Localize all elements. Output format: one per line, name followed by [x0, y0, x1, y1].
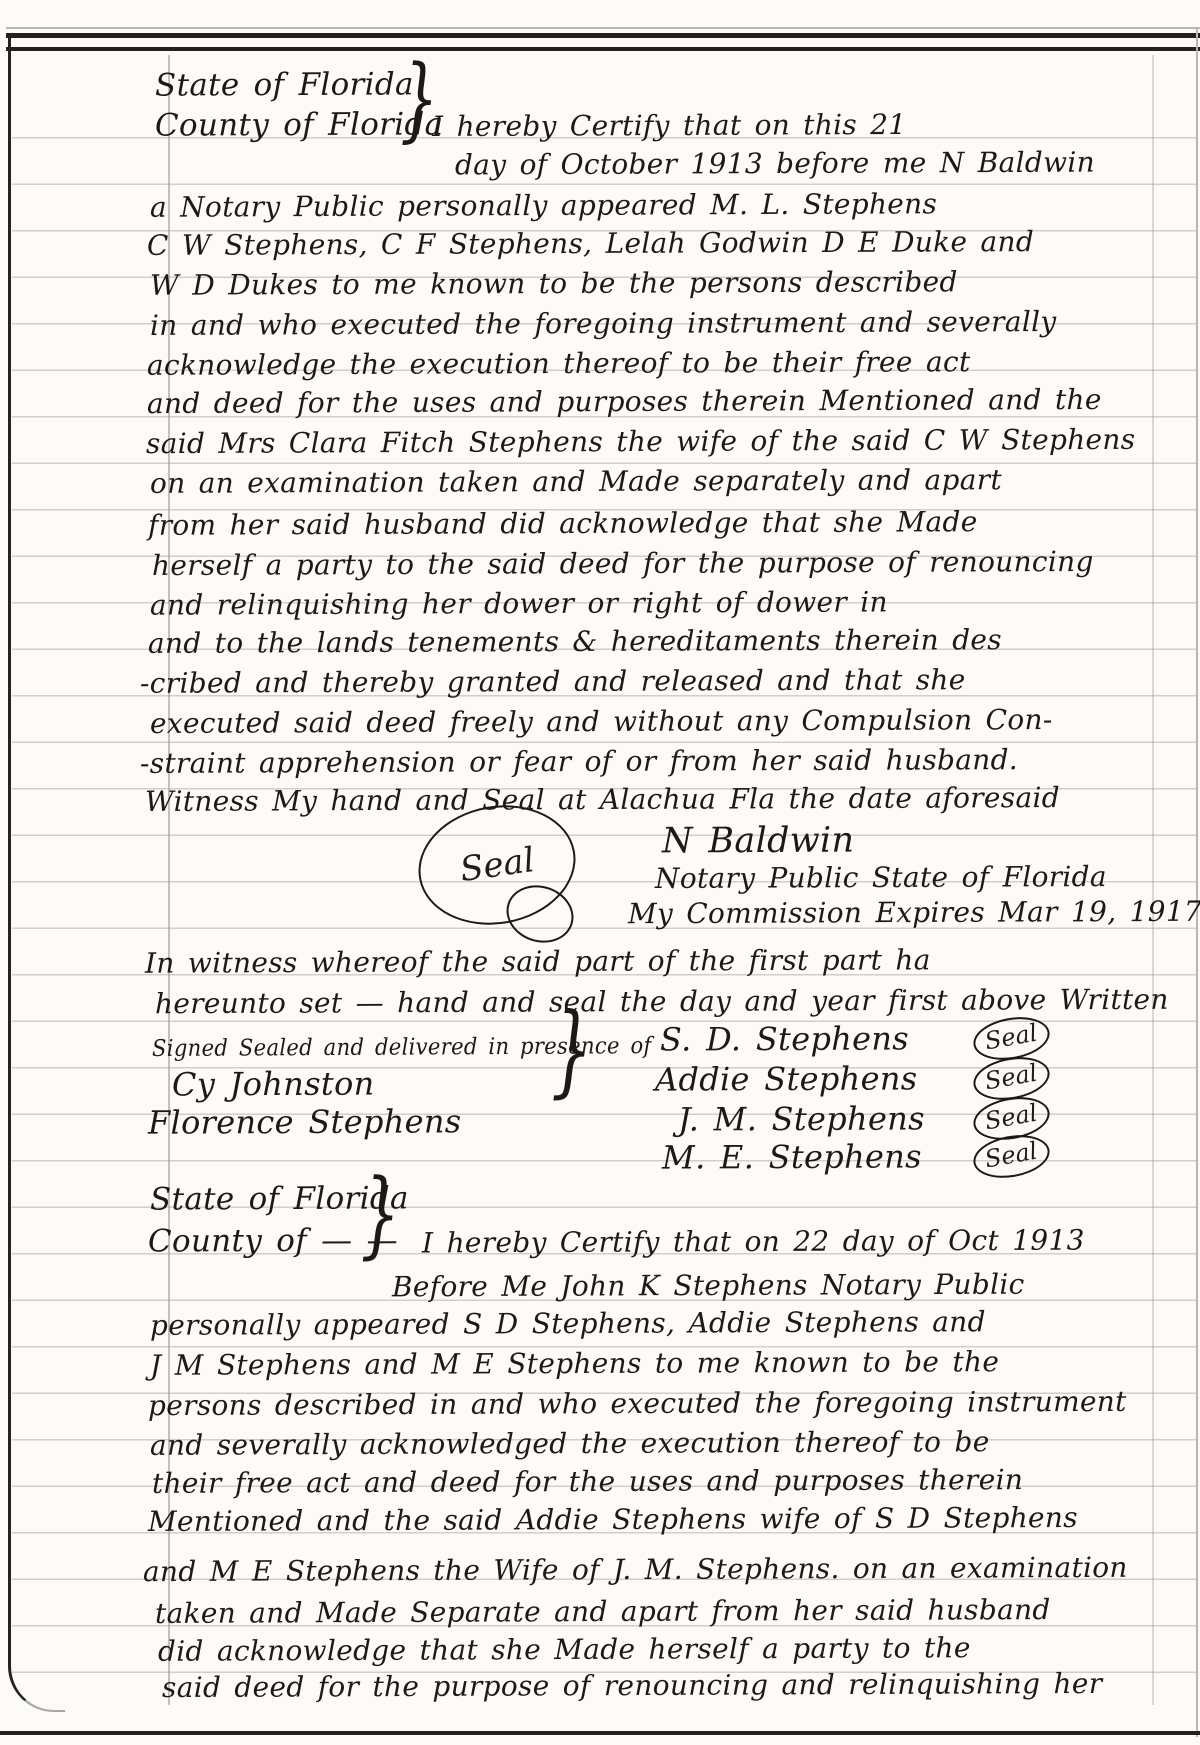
certificate2-line: personally appeared S D Stephens, Addie … [150, 1308, 986, 1340]
certificate1-line: executed said deed freely and without an… [150, 706, 1053, 738]
right-edge-line [1196, 27, 1198, 1737]
certificate2-line: did acknowledge that she Made herself a … [158, 1634, 971, 1666]
certificate2-line: and severally acknowledged the execution… [150, 1428, 990, 1460]
certificate1-line: from her said husband did acknowledge th… [148, 508, 978, 540]
certificate2-line: I hereby Certify that on 22 day of Oct 1… [422, 1227, 1085, 1258]
certificate1-line: Witness My hand and Seal at Alachua Fla … [145, 784, 1060, 816]
party-signature: Addie Stephens [655, 1062, 918, 1095]
left-edge-line [8, 33, 11, 1663]
certificate1-line: and to the lands tenements & hereditamen… [148, 626, 1002, 658]
certificate2-line: taken and Made Separate and apart from h… [155, 1596, 1051, 1628]
scanned-ledger-page: State of Florida County of Florida } I h… [0, 0, 1200, 1745]
certificate2-line: and M E Stephens the Wife of J. M. Steph… [143, 1554, 1128, 1586]
certificate1-line: said Mrs Clara Fitch Stephens the wife o… [146, 426, 1135, 458]
certificate1-line: a Notary Public personally appeared M. L… [150, 190, 937, 221]
brace-icon: } [551, 1005, 592, 1095]
page-corner-curve [8, 1652, 65, 1712]
brace-icon: } [361, 1172, 400, 1258]
signature-row: S. D. Stephens Seal [660, 1018, 1050, 1059]
certificate1-line: W D Dukes to me known to be the persons … [150, 268, 958, 300]
signature-row: M. E. Stephens Seal [662, 1136, 1050, 1177]
certificate1-state: State of Florida [155, 69, 414, 101]
certificate1-line: herself a party to the said deed for the… [152, 548, 1094, 580]
certificate1-line: on an examination taken and Made separat… [150, 466, 1002, 498]
seal-badge: Seal [970, 1130, 1053, 1184]
certificate2-line: Before Me John K Stephens Notary Public [392, 1271, 1025, 1302]
signature-row: Addie Stephens Seal [655, 1058, 1050, 1099]
certificate2-line: their free act and deed for the uses and… [152, 1466, 1023, 1498]
certificate1-line: acknowledge the execution thereof to be … [147, 348, 971, 380]
notary-seal-flourish: Seal [418, 806, 576, 924]
signature-row: J. M. Stephens Seal [678, 1098, 1050, 1139]
certificate1-line: I hereby Certify that on this 21 [432, 111, 907, 141]
witness-line: hereunto set — hand and seal the day and… [155, 986, 1169, 1018]
certificate1-line: and relinquishing her dower or right of … [150, 588, 888, 619]
witness-signature: Cy Johnston [172, 1068, 375, 1101]
certificate2-line: said deed for the purpose of renouncing … [162, 1670, 1102, 1702]
party-signature: S. D. Stephens [660, 1022, 909, 1055]
witness-line: In witness whereof the said part of the … [145, 946, 931, 977]
party-signature: J. M. Stephens [678, 1102, 925, 1135]
top-faint-rule [6, 27, 1200, 29]
certificate2-line: J M Stephens and M E Stephens to me know… [150, 1348, 999, 1380]
certificate1-line: -cribed and thereby granted and released… [140, 666, 966, 698]
top-double-rule-upper [6, 33, 1200, 38]
certificate1-line: -straint apprehension or fear of or from… [140, 746, 1018, 778]
notary-commission: My Commission Expires Mar 19, 1917 [628, 898, 1200, 929]
certificate2-line: Mentioned and the said Addie Stephens wi… [148, 1504, 1078, 1536]
certificate1-line: day of October 1913 before me N Baldwin [455, 149, 1095, 180]
notary-signature: N Baldwin [662, 824, 854, 860]
top-double-rule-lower [6, 47, 1200, 51]
party-signature: M. E. Stephens [662, 1140, 922, 1173]
certificate1-line: C W Stephens, C F Stephens, Lelah Godwin… [147, 228, 1034, 260]
right-margin-guide [1152, 55, 1154, 1705]
certificate1-line: and deed for the uses and purposes there… [147, 386, 1102, 418]
bottom-rule [0, 1731, 1200, 1735]
witness-signature: Florence Stephens [148, 1105, 462, 1138]
certificate2-line: persons described in and who executed th… [148, 1388, 1127, 1420]
certificate1-line: in and who executed the foregoing instru… [150, 308, 1057, 340]
notary-title: Notary Public State of Florida [655, 863, 1107, 893]
